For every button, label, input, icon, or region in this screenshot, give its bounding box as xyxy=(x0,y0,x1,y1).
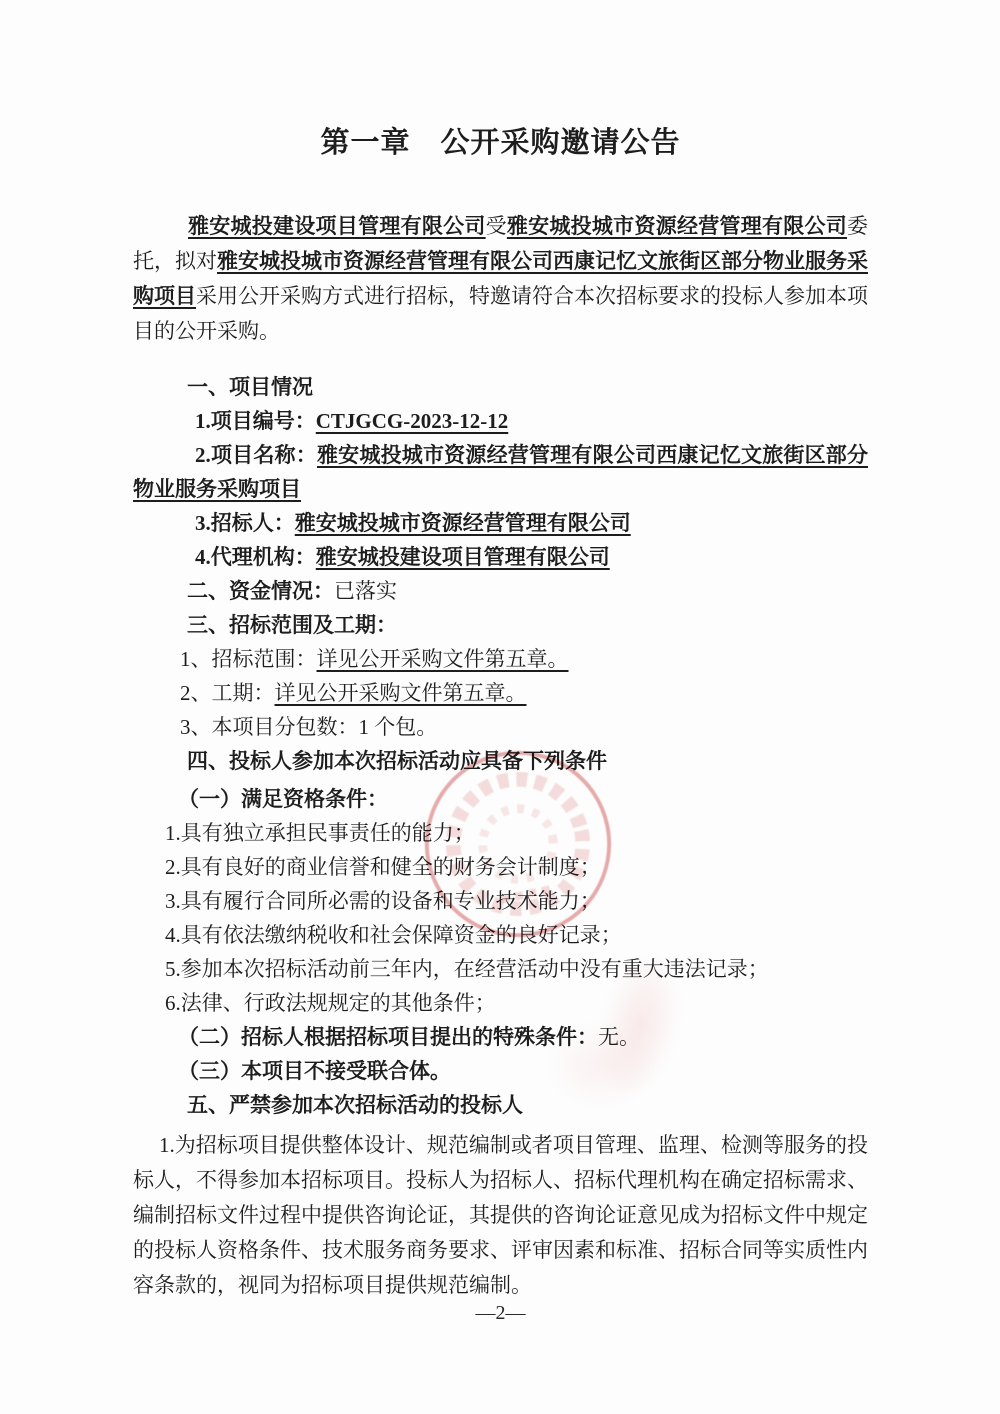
project-name-row: 2.项目名称：雅安城投城市资源经营管理有限公司西康记忆文旅街区部分物业服务采购项… xyxy=(133,438,868,506)
condition-item: 4.具有依法缴纳税收和社会保障资金的良好记录； xyxy=(133,918,868,952)
condition-item: 5.参加本次招标活动前三年内，在经营活动中没有重大违法记录； xyxy=(133,952,868,986)
section2-row: 二、资金情况：已落实 xyxy=(133,574,868,608)
project-number-value: CTJGCG-2023-12-12 xyxy=(316,409,509,433)
condition-item: 1.具有独立承担民事责任的能力； xyxy=(133,816,868,850)
scope-value: 详见公开采购文件第五章。 xyxy=(317,647,569,671)
section1-heading: 一、项目情况 xyxy=(133,370,868,404)
project-number-label: 1.项目编号： xyxy=(195,409,316,433)
document-page: 第一章 公开采购邀请公告 雅安城投建设项目管理有限公司受雅安城投城市资源经营管理… xyxy=(0,0,1000,1414)
package-count-row: 3、本项目分包数：1 个包。 xyxy=(133,710,868,744)
intro-paragraph: 雅安城投建设项目管理有限公司受雅安城投城市资源经营管理有限公司委托，拟对雅安城投… xyxy=(133,209,868,349)
intro-connector-3: 采用公开采购方式进行招标，特邀请符合本次招标要求的投标人参加本项目的公开采购。 xyxy=(133,284,868,343)
duration-value: 详见公开采购文件第五章。 xyxy=(275,681,527,705)
section2-label: 二、资金情况： xyxy=(187,579,334,603)
agent-value: 雅安城投建设项目管理有限公司 xyxy=(316,545,610,569)
agent-label: 4.代理机构： xyxy=(195,545,316,569)
agent-row: 4.代理机构：雅安城投建设项目管理有限公司 xyxy=(133,540,868,574)
tenderee-label: 3.招标人： xyxy=(195,511,295,535)
project-number-row: 1.项目编号：CTJGCG-2023-12-12 xyxy=(133,404,868,438)
special-condition-row: （二）招标人根据招标项目提出的特殊条件：无。 xyxy=(133,1020,868,1054)
condition-item: 3.具有履行合同所必需的设备和专业技术能力； xyxy=(133,884,868,918)
condition-item: 6.法律、行政法规规定的其他条件； xyxy=(133,986,868,1020)
page-title: 第一章 公开采购邀请公告 xyxy=(133,124,868,162)
document-content: 第一章 公开采购邀请公告 雅安城投建设项目管理有限公司受雅安城投城市资源经营管理… xyxy=(133,0,868,1324)
duration-label: 2、工期： xyxy=(180,681,275,705)
special-condition-label: （二）招标人根据招标项目提出的特殊条件： xyxy=(178,1025,598,1049)
section5-heading: 五、严禁参加本次招标活动的投标人 xyxy=(133,1088,868,1122)
qualification-heading: （一）满足资格条件： xyxy=(133,782,868,816)
no-consortium-row: （三）本项目不接受联合体。 xyxy=(133,1054,868,1088)
section4-heading: 四、投标人参加本次招标活动应具备下列条件 xyxy=(133,744,868,778)
duration-row: 2、工期：详见公开采购文件第五章。 xyxy=(133,676,868,710)
tenderee-row: 3.招标人：雅安城投城市资源经营管理有限公司 xyxy=(133,506,868,540)
tenderee-value: 雅安城投城市资源经营管理有限公司 xyxy=(295,511,631,535)
section5-paragraph: 1.为招标项目提供整体设计、规范编制或者项目管理、监理、检测等服务的投标人，不得… xyxy=(133,1128,868,1303)
page-number: —2— xyxy=(133,1296,868,1330)
scope-row: 1、招标范围：详见公开采购文件第五章。 xyxy=(133,642,868,676)
project-name-label: 2.项目名称： xyxy=(195,443,317,467)
scope-label: 1、招标范围： xyxy=(180,647,317,671)
agency-name: 雅安城投建设项目管理有限公司 xyxy=(188,214,486,238)
section3-heading: 三、招标范围及工期： xyxy=(133,608,868,642)
special-condition-value: 无。 xyxy=(598,1025,640,1049)
condition-item: 2.具有良好的商业信誉和健全的财务会计制度； xyxy=(133,850,868,884)
intro-connector-1: 受 xyxy=(486,214,507,238)
section2-value: 已落实 xyxy=(334,579,397,603)
client-name: 雅安城投城市资源经营管理有限公司 xyxy=(507,214,847,238)
